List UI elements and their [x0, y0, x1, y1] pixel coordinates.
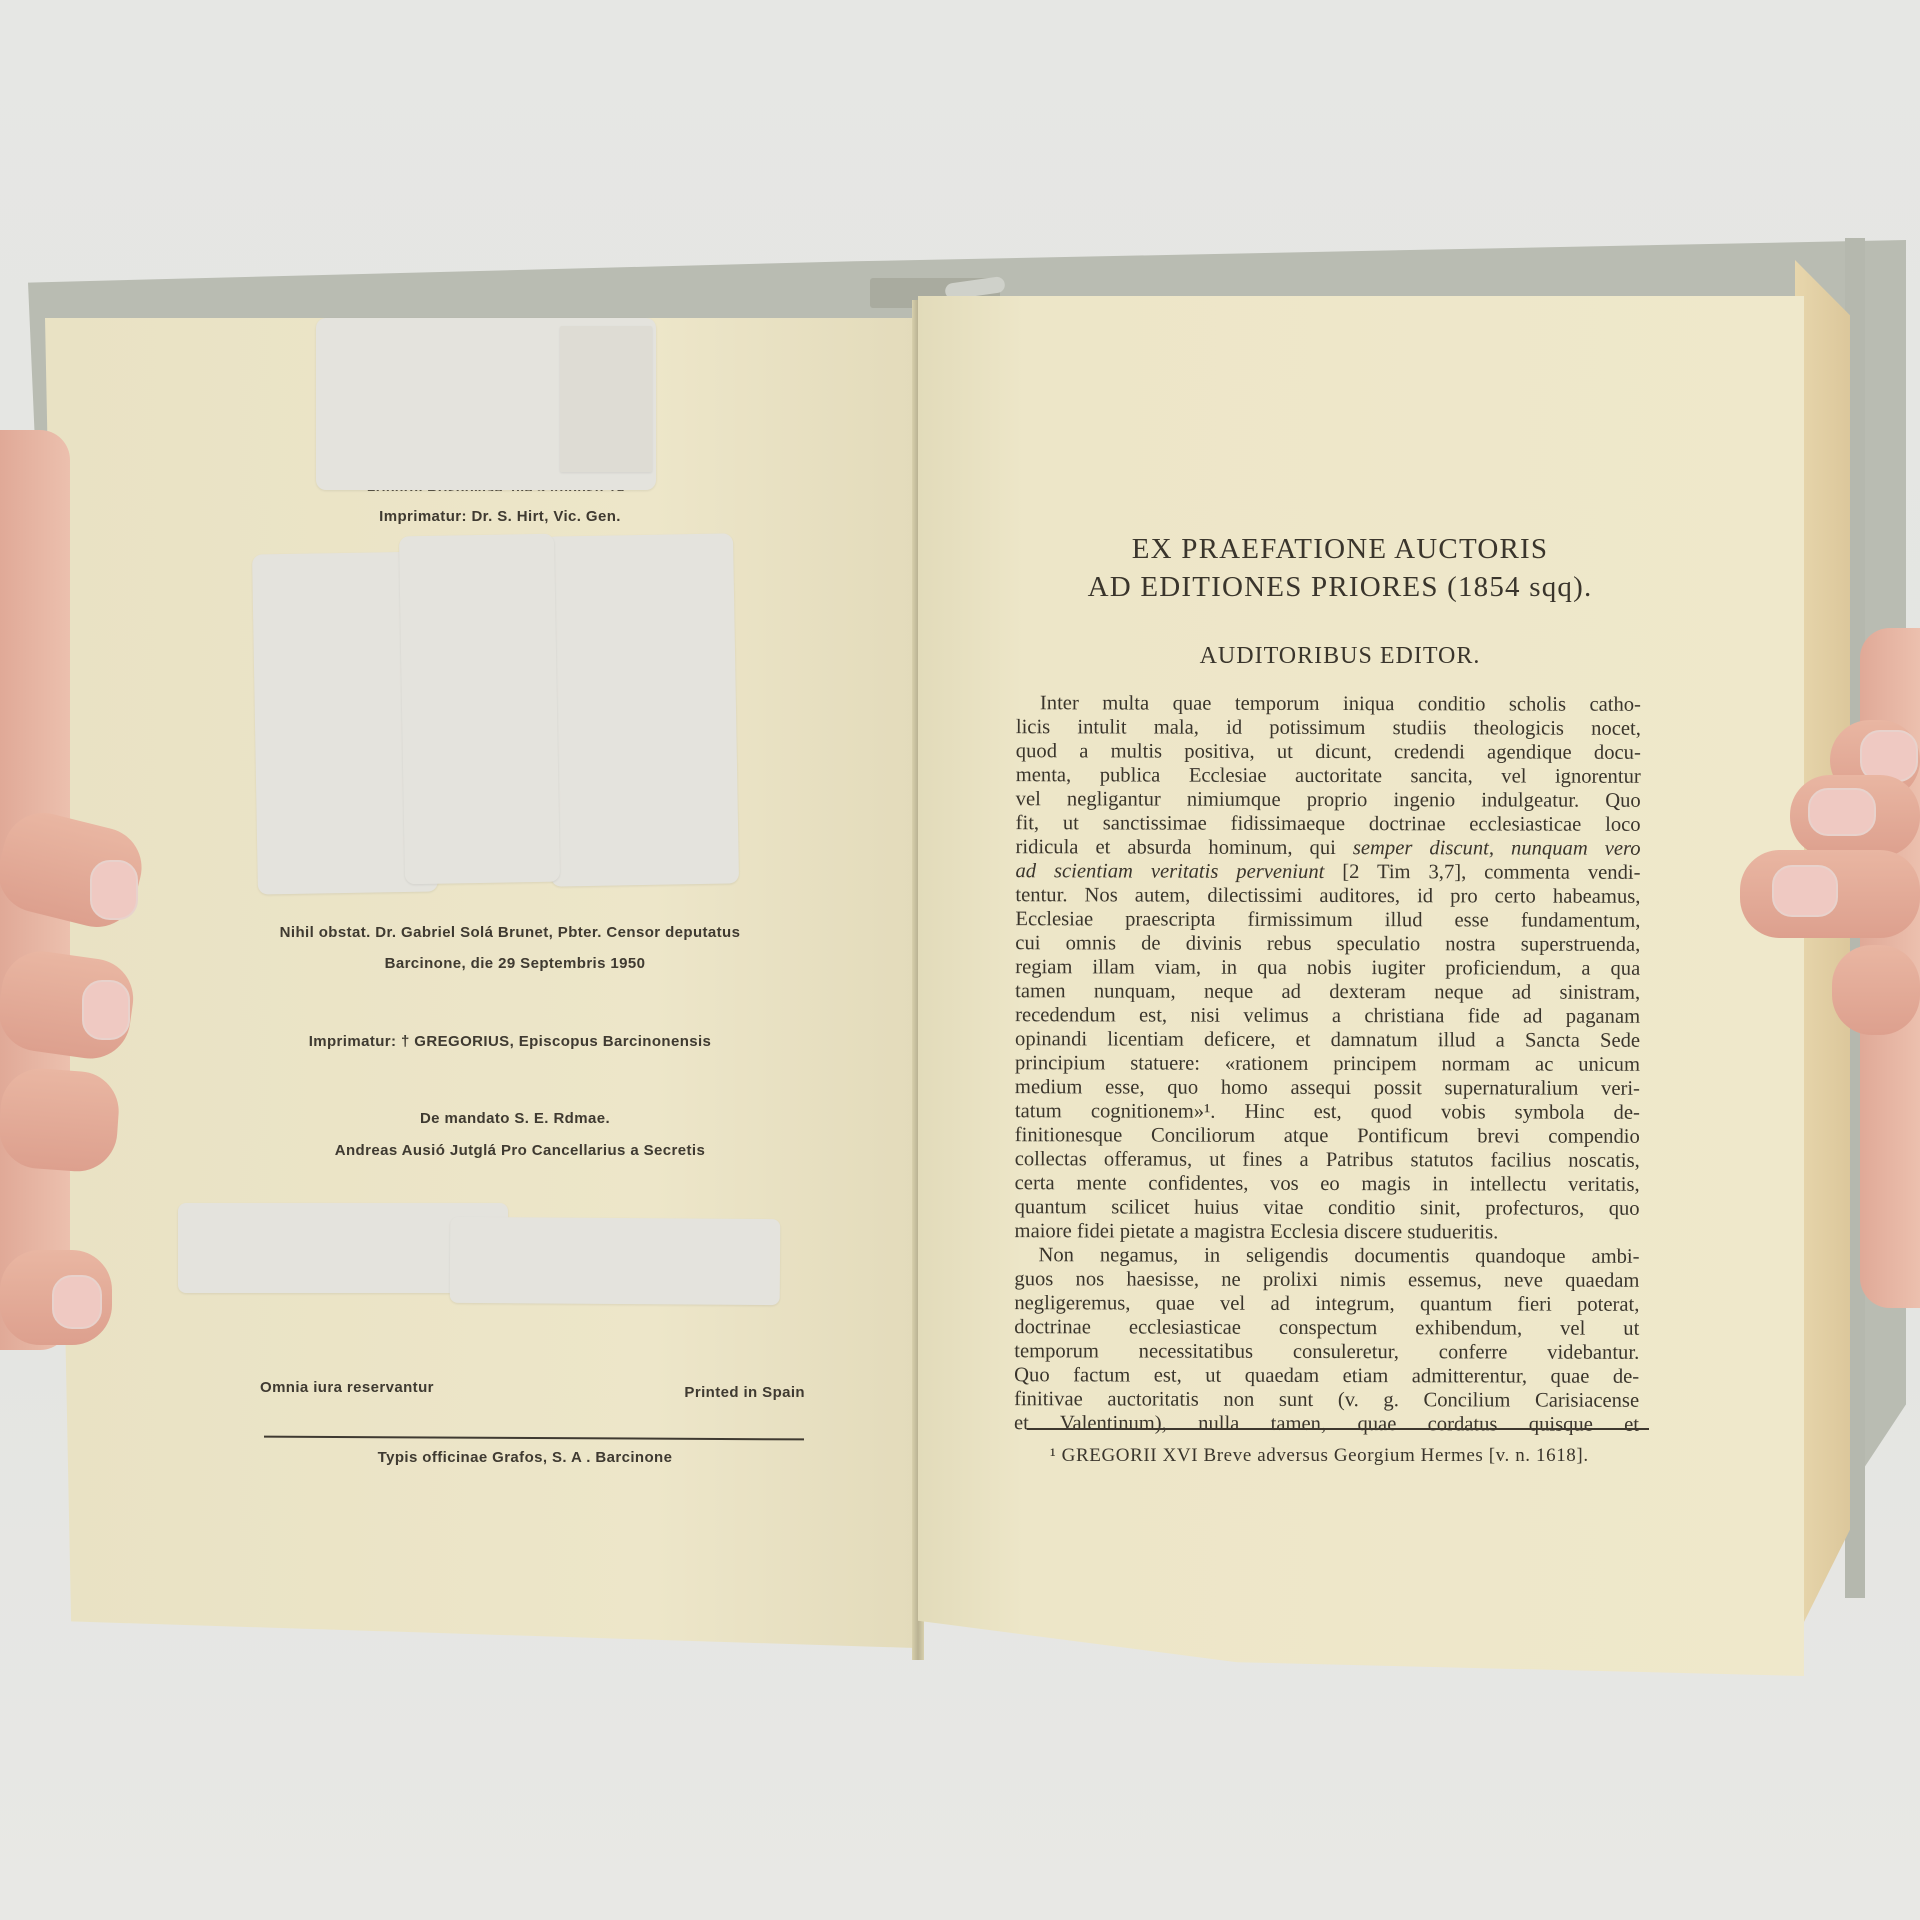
- place-date: Barcinone, die 29 Septembris 1950: [300, 955, 730, 972]
- text-line: cui omnis de divinis rebus speculatio no…: [1015, 931, 1640, 957]
- text-line: maiore fidei pietate a magistra Ecclesia…: [1015, 1219, 1640, 1245]
- fingernail: [90, 860, 138, 920]
- printed-in: Printed in Spain: [640, 1384, 805, 1401]
- chancellor-line: Andreas Ausió Jutglá Pro Cancellarius a …: [280, 1142, 760, 1159]
- fingernail: [1808, 788, 1876, 836]
- printer-line: Typis officinae Grafos, S. A . Barcinone: [320, 1449, 730, 1466]
- text-line: temporum necessitatibus consuleretur, co…: [1014, 1339, 1639, 1365]
- imprimatur-barcelona: Imprimatur: † GREGORIUS, Episcopus Barci…: [270, 1033, 750, 1050]
- text-line: Quo factum est, ut quaedam etiam admitte…: [1014, 1363, 1639, 1389]
- sticker-tab: [560, 326, 652, 472]
- text-line: guos nos haesisse, ne prolixi nimis esse…: [1014, 1267, 1639, 1293]
- text-line: Inter multa quae temporum iniqua conditi…: [1016, 691, 1641, 717]
- text-line: regiam illam viam, in qua nobis iugiter …: [1015, 955, 1640, 981]
- text-line-italic-quote: ad scientiam veritatis perveniunt [2 Tim…: [1015, 859, 1640, 885]
- text-line: doctrinae ecclesiasticae conspectum exhi…: [1014, 1315, 1639, 1341]
- text-line: negligeremus, quae vel ad integrum, quan…: [1014, 1291, 1639, 1317]
- italic-quote: ad scientiam veritatis perveniunt: [1015, 860, 1342, 883]
- text-line: tamen nunquam, neque ad dexteram neque a…: [1015, 979, 1640, 1005]
- footnote-rule: [1027, 1428, 1649, 1430]
- text-line-italic-quote: ridicula et absurda hominum, qui semper …: [1016, 835, 1641, 861]
- fingernail: [1772, 865, 1838, 917]
- text-line: tentur. Nos autem, dilectissimi auditore…: [1015, 883, 1640, 909]
- section-heading: AUDITORIBUS EDITOR.: [1100, 643, 1580, 670]
- text-line: tatum cognitionem»¹. Hinc est, quod vobi…: [1015, 1099, 1640, 1125]
- body-text: Inter multa quae temporum iniqua conditi…: [1014, 691, 1641, 1437]
- left-finger-3: [0, 1066, 121, 1174]
- library-sticker-2: [399, 534, 560, 885]
- imprimatur-freiburg: Imprimatur: Dr. S. Hirt, Vic. Gen.: [300, 508, 700, 525]
- right-finger-4: [1832, 945, 1920, 1035]
- text-line: finitionesque Conciliorum atque Pontific…: [1015, 1123, 1640, 1149]
- title-line-2: AD EDITIONES PRIORES (1854 sqq).: [1040, 568, 1640, 606]
- library-sticker-bottom-2: [450, 1217, 781, 1305]
- text-line: licis intulit mala, id potissimum studii…: [1016, 715, 1641, 741]
- text-line: collectas offeramus, ut fines a Patribus…: [1015, 1147, 1640, 1173]
- text-line: medium esse, quo homo assequi possit sup…: [1015, 1075, 1640, 1101]
- text-line: opinandi licentiam deficere, et damnatum…: [1015, 1027, 1640, 1053]
- text-line: Non negamus, in seligendis documentis qu…: [1014, 1243, 1639, 1269]
- text-line: principium statuere: «rationem principem…: [1015, 1051, 1640, 1077]
- text-line: Ecclesiae praescripta firmissimum illud …: [1015, 907, 1640, 933]
- text-line: recedendum est, nisi velimus a christian…: [1015, 1003, 1640, 1029]
- text-line: quantum scilicet huius vitae conditio si…: [1015, 1195, 1640, 1221]
- text-line: menta, publica Ecclesiae auctoritate san…: [1016, 763, 1641, 789]
- rights-reserved: Omnia iura reservantur: [260, 1379, 460, 1396]
- italic-quote: semper discunt, nunquam vero: [1353, 837, 1641, 860]
- footnote: ¹ GREGORII XVI Breve adversus Georgium H…: [1050, 1445, 1650, 1467]
- text-line: fit, ut sanctissimae fidissimaeque doctr…: [1016, 811, 1641, 837]
- library-sticker-3: [545, 533, 739, 886]
- title-line-1: EX PRAEFATIONE AUCTORIS: [1040, 530, 1640, 568]
- mandate-line: De mandato S. E. Rdmae.: [330, 1110, 700, 1127]
- fingernail: [82, 980, 130, 1040]
- fingernail: [52, 1275, 102, 1329]
- nihil-obstat: Nihil obstat. Dr. Gabriel Solá Brunet, P…: [250, 924, 770, 941]
- text-line: et Valentinum), nulla tamen, quae cordat…: [1014, 1411, 1639, 1437]
- text-line: certa mente confidentes, vos eo magis in…: [1015, 1171, 1640, 1197]
- text-line: quod a multis positiva, ut dicunt, crede…: [1016, 739, 1641, 765]
- text-line: vel negligantur nimiumque proprio ingeni…: [1016, 787, 1641, 813]
- page-title: EX PRAEFATIONE AUCTORIS AD EDITIONES PRI…: [1040, 530, 1640, 606]
- text-line: finitivae auctoritatis non sunt (v. g. C…: [1014, 1387, 1639, 1413]
